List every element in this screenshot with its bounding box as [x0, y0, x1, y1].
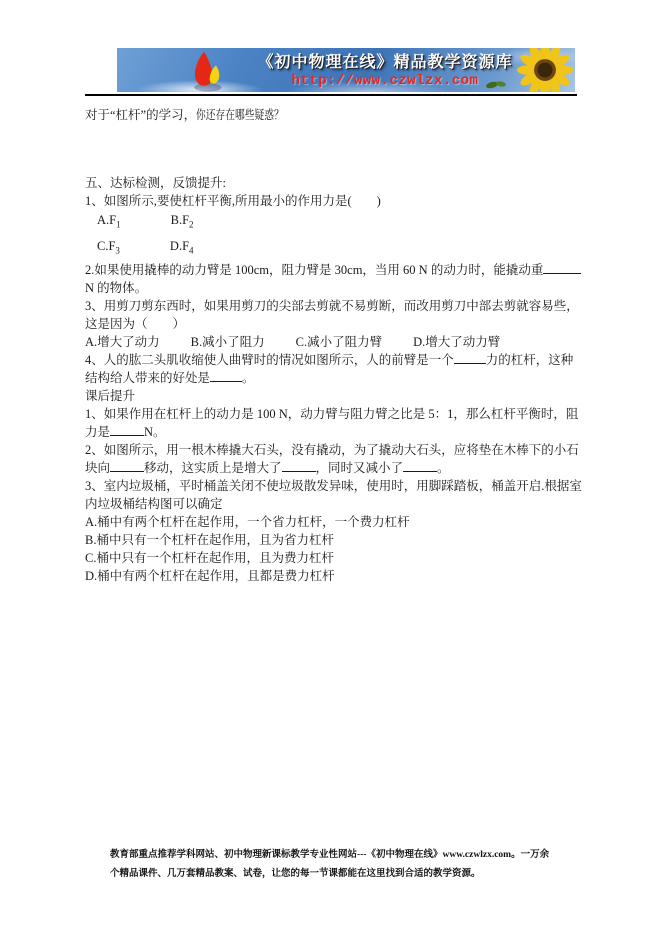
footer-line-1: 教育部重点推荐学科网站、初中物理新课标教学专业性网站---《初中物理在线》www…	[110, 846, 578, 865]
worksheet-body: 对于“杠杆”的学习，你还存在哪些疑惑？ 五、达标检测，反馈提升: 1、如图所示,…	[85, 106, 579, 585]
footer-line-2: 个精品课件、几万套精品教案、试卷，让您的每一节课都能在这里找到合适的教学资源。	[110, 865, 578, 884]
homework-q1-line-2: 力是N。	[85, 423, 579, 441]
check-q2-line-1: 2.如果使用撬棒的动力臂是 100cm，阻力臂是 30cm，当用 60 N 的动…	[85, 261, 579, 279]
check-section-title: 五、达标检测，反馈提升:	[85, 174, 579, 192]
check-q1-options-row-2: C.F3D.F4	[85, 236, 579, 262]
check-q4-line-2: 结构给人带来的好处是。	[85, 369, 579, 387]
intro-text-a: 对于“杠杆”的学习，	[85, 108, 196, 122]
homework-q3-option-d: D.桶中有两个杠杆在起作用，且都是费力杠杆	[85, 567, 579, 585]
homework-q3-option-c: C.桶中只有一个杠杆在起作用，且为费力杠杆	[85, 549, 579, 567]
page-footer: 教育部重点推荐学科网站、初中物理新课标教学专业性网站---《初中物理在线》www…	[110, 846, 578, 884]
check-q1-options-row-1: A.F1B.F2	[85, 210, 579, 236]
option-d: D.F4	[170, 239, 194, 253]
check-q3-line-2: 这是因为（ ）	[85, 315, 579, 333]
homework-q3-line-1: 3、室内垃圾桶，平时桶盖关闭不使垃圾散发异味，使用时，用脚踩踏板，桶盖开启.根据…	[85, 477, 579, 495]
homework-q3-option-b: B.桶中只有一个杠杆在起作用，且为省力杠杆	[85, 531, 579, 549]
homework-q1-line-1: 1、如果作用在杠杆上的动力是 100 N，动力臂与阻力臂之比是 5：1，那么杠杆…	[85, 405, 579, 423]
answer-blank	[282, 459, 316, 472]
option-c: C.F3	[97, 239, 120, 253]
homework-q2-line-2: 块向移动，这实质上是增大了，同时又减小了。	[85, 459, 579, 477]
answer-blank	[454, 351, 486, 364]
homework-q3-line-2: 内垃圾桶结构图可以确定	[85, 495, 579, 513]
option-b: B.F2	[171, 213, 194, 227]
document-page: 《初中物理在线》精品教学资源库 http://www.czwlzx.com	[0, 0, 661, 936]
site-banner: 《初中物理在线》精品教学资源库 http://www.czwlzx.com	[117, 48, 575, 92]
option-d: D.增大了动力臂	[413, 335, 500, 349]
answer-blank	[110, 423, 144, 436]
sunflower-icon	[515, 48, 575, 92]
homework-q3-option-a: A.桶中有两个杠杆在起作用，一个省力杠杆，一个费力杠杆	[85, 513, 579, 531]
option-c: C.减小了阻力臂	[296, 335, 382, 349]
check-q2-line-2: N 的物体。	[85, 279, 579, 297]
intro-text-b: 你还存在哪些疑惑？	[196, 106, 284, 124]
answer-blank	[110, 459, 144, 472]
check-q3-line-1: 3、用剪刀剪东西时，如果用剪刀的尖部去剪就不易剪断，而改用剪刀中部去剪就容易些，	[85, 297, 579, 315]
option-b: B.减小了阻力	[191, 335, 265, 349]
option-a: A.增大了动力	[85, 335, 160, 349]
header-rule: 《初中物理在线》精品教学资源库 http://www.czwlzx.com	[85, 48, 577, 96]
answer-blank	[543, 261, 581, 274]
site-title: 《初中物理在线》精品教学资源库	[235, 49, 535, 72]
intro-line: 对于“杠杆”的学习，你还存在哪些疑惑？	[85, 106, 579, 124]
homework-section-title: 课后提升	[85, 387, 579, 405]
site-logo-icon	[185, 50, 227, 92]
answer-blank	[210, 369, 242, 382]
check-q3-options-row: A.增大了动力B.减小了阻力C.减小了阻力臂D.增大了动力臂	[85, 333, 579, 351]
homework-q2-line-1: 2、如图所示，用一根木棒撬大石头，没有撬动，为了撬动大石头，应将垫在木棒下的小石	[85, 441, 579, 459]
answer-blank	[403, 459, 437, 472]
check-q4-line-1: 4、人的肱二头肌收缩使人曲臂时的情况如图所示，人的前臂是一个力的杠杆，这种	[85, 351, 579, 369]
leaf-icon	[485, 78, 507, 90]
check-q1: 1、如图所示,要使杠杆平衡,所用最小的作用力是( )	[85, 192, 579, 210]
option-a: A.F1	[97, 213, 121, 227]
